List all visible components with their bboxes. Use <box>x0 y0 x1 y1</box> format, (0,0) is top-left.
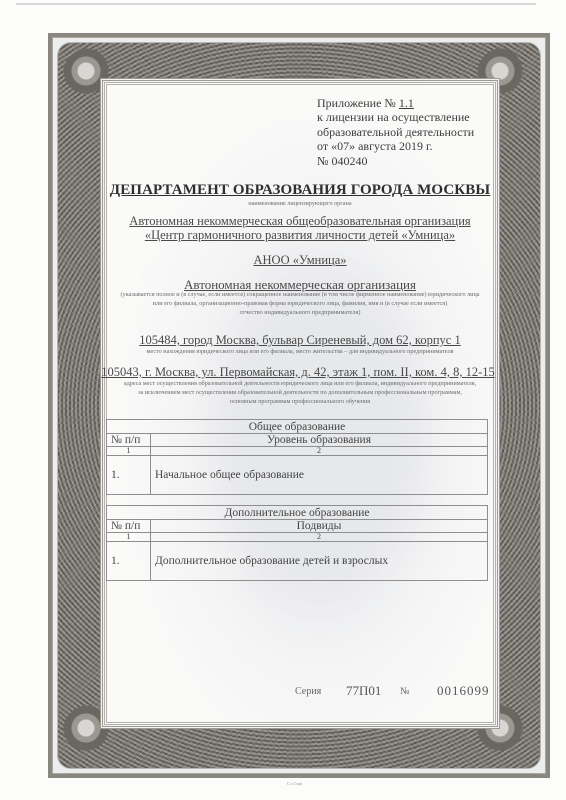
activity-address-caption: адреса мест осуществления образовательно… <box>96 379 504 406</box>
authority-name: ДЕПАРТАМЕНТ ОБРАЗОВАНИЯ ГОРОДА МОСКВЫ <box>104 182 496 199</box>
table-title: Общее образование <box>107 420 488 434</box>
scan-edge <box>16 3 536 5</box>
table-title: Дополнительное образование <box>107 506 488 520</box>
column-header: Уровень образования <box>151 434 488 447</box>
table-row: 1. Начальное общее образование <box>107 456 488 495</box>
license-date: от «07» августа 2019 г. <box>317 139 502 153</box>
legal-address-caption: место нахождения юридического лица или е… <box>96 347 504 356</box>
license-number: № 040240 <box>317 154 502 168</box>
column-header: № п/п <box>107 520 151 533</box>
column-header: Подвиды <box>151 520 488 533</box>
organization-caption: (указывается полное и (в случае, если им… <box>96 290 504 317</box>
legal-address: 105484, город Москва, бульвар Сиреневый,… <box>104 333 496 348</box>
authority-caption: наименование лицензирующего органа <box>104 199 496 208</box>
general-education-table: Общее образование № п/п Уровень образова… <box>106 419 488 495</box>
organization-short-name: АНОО «Умница» <box>104 253 496 268</box>
number-label: № <box>400 686 410 697</box>
form-number: 0016099 <box>437 683 490 699</box>
license-annex-page: Приложение № 1.1 к лицензии на осуществл… <box>0 0 566 800</box>
printer-mark: Сл Глав <box>287 781 302 786</box>
additional-education-table: Дополнительное образование № п/п Подвиды… <box>106 505 488 581</box>
annex-header: Приложение № 1.1 к лицензии на осуществл… <box>317 96 502 168</box>
table-row: 1. Дополнительное образование детей и вз… <box>107 542 488 581</box>
activity-address: 105043, г. Москва, ул. Первомайская, д. … <box>96 365 500 380</box>
series-value: 77П01 <box>346 683 381 699</box>
series-label: Серия <box>295 686 321 697</box>
organization-full-name: Автономная некоммерческая общеобразовате… <box>104 214 496 242</box>
column-header: № п/п <box>107 434 151 447</box>
annex-number: 1.1 <box>399 96 414 110</box>
